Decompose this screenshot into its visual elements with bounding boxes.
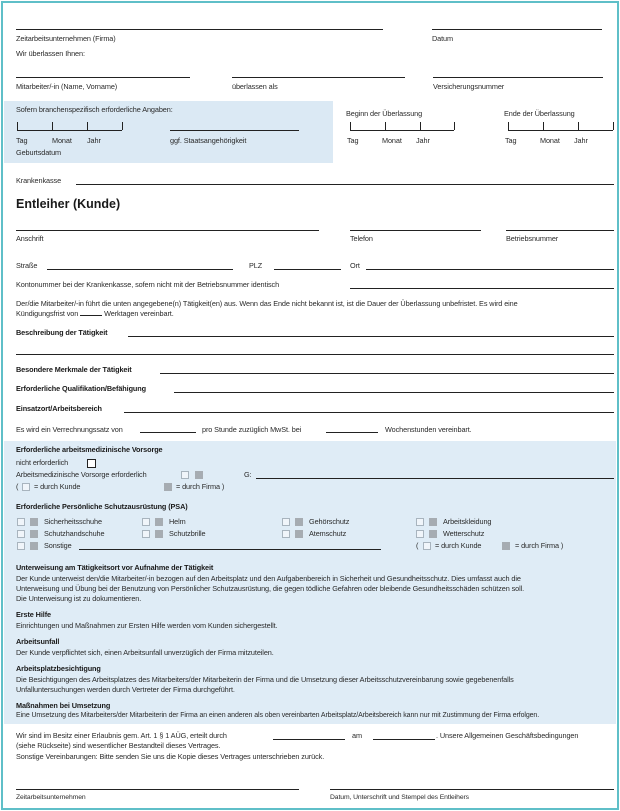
birth-day-label: Tag [16, 136, 27, 145]
inspection-text-1: Die Besichtigungen des Arbeitsplatzes de… [16, 675, 514, 684]
medical-legend-open: ( [16, 482, 18, 491]
start-year-label: Jahr [416, 136, 430, 145]
date-label: Datum [432, 34, 453, 43]
medical-title: Erforderliche arbeitsmedizinische Vorsor… [16, 445, 163, 454]
assigned-as-field[interactable] [232, 77, 405, 78]
inspection-text-2: Unfalluntersuchungen werden durch Vertre… [16, 685, 235, 694]
permit-date-field[interactable] [373, 739, 435, 740]
account-label: Kontonummer bei der Krankenkasse, sofern… [16, 280, 279, 289]
notice-period-field[interactable] [80, 310, 102, 316]
medical-not-required-label: nicht erforderlich [16, 458, 68, 467]
rate-label-c: Wochenstunden vereinbart. [385, 425, 472, 434]
qualification-field[interactable] [174, 392, 614, 393]
transfer-title: Maßnahmen bei Umsetzung [16, 701, 110, 710]
end-label: Ende der Überlassung [504, 109, 575, 118]
permit-text-a: Wir sind im Besitz einer Erlaubnis gem. … [16, 731, 227, 740]
inspection-title: Arbeitsplatzbesichtigung [16, 664, 101, 673]
qualification-label: Erforderliche Qualifikation/Befähigung [16, 384, 146, 393]
psa-legend-company: = durch Firma ) [515, 541, 563, 550]
start-label: Beginn der Überlassung [346, 109, 422, 118]
instruction-text-2: Unterweisung und Übung bei der Benutzung… [16, 584, 524, 593]
legend-customer-swatch [22, 483, 30, 491]
company-label: Zeitarbeitsunternehmen (Firma) [16, 34, 116, 43]
insurance-number-label: Versicherungsnummer [433, 82, 504, 91]
start-month-label: Monat [382, 136, 402, 145]
zip-label: PLZ [249, 261, 262, 270]
legend-company-swatch [164, 483, 172, 491]
company-number-field[interactable] [506, 230, 614, 231]
permit-issuer-field[interactable] [273, 739, 345, 740]
medical-required-label: Arbeitsmedizinische Vorsorge erforderlic… [16, 470, 147, 479]
psa-legend-customer: = durch Kunde [435, 541, 481, 550]
borrower-signature-field[interactable] [330, 789, 614, 790]
nationality-field[interactable] [170, 130, 299, 131]
birth-year-label: Jahr [87, 136, 101, 145]
notice-period-label: Kündigungsfrist von [16, 309, 78, 318]
medical-legend-customer: = durch Kunde [34, 482, 80, 491]
description-label: Beschreibung der Tätigkeit [16, 328, 107, 337]
g-label: G: [244, 470, 252, 479]
psa-legend-open: ( [416, 541, 418, 550]
accident-text: Der Kunde verpflichtet sich, einen Arbei… [16, 648, 274, 657]
notice-period-unit: Werktagen vereinbart. [104, 309, 174, 318]
psa-legend-customer-swatch [423, 542, 431, 550]
g-field[interactable] [256, 478, 614, 479]
description-field[interactable] [128, 336, 614, 337]
activity-intro-line2: Kündigungsfrist von Werktagen vereinbart… [16, 309, 174, 318]
rate-label-b: pro Stunde zuzüglich MwSt. bei [202, 425, 301, 434]
medical-not-required-checkbox[interactable] [87, 459, 96, 468]
company-signature-label: Zeitarbeitsunternehmen [16, 794, 86, 801]
rate-label-a: Es wird ein Verrechnungssatz von [16, 425, 123, 434]
intro-text: Wir überlassen Ihnen: [16, 49, 85, 58]
industry-title: Sofern branchenspezifisch erforderliche … [16, 105, 173, 114]
nationality-label: ggf. Staatsangehörigkeit [170, 136, 246, 145]
insurance-number-field[interactable] [433, 77, 603, 78]
psa-other-field[interactable] [79, 549, 381, 550]
transfer-text: Eine Umsetzung des Mitarbeiters/der Mita… [16, 712, 539, 719]
health-insurance-label: Krankenkasse [16, 176, 61, 185]
zip-field[interactable] [274, 269, 341, 270]
borrower-title: Entleiher (Kunde) [16, 197, 120, 211]
first-aid-title: Erste Hilfe [16, 610, 51, 619]
street-label: Straße [16, 261, 37, 270]
medical-company-checkbox[interactable] [195, 471, 203, 479]
location-field[interactable] [124, 412, 614, 413]
permit-text-line2: (siehe Rückseite) sind wesentlicher Best… [16, 741, 220, 750]
medical-customer-checkbox[interactable] [181, 471, 189, 479]
account-field[interactable] [350, 288, 614, 289]
address-field[interactable] [16, 230, 319, 231]
city-label: Ort [350, 261, 360, 270]
employee-field[interactable] [16, 77, 190, 78]
psa-legend-company-swatch [502, 542, 510, 550]
health-insurance-field[interactable] [76, 184, 614, 185]
assigned-as-label: überlassen als [232, 82, 278, 91]
birth-month-label: Monat [52, 136, 72, 145]
rate-field[interactable] [140, 432, 196, 433]
medical-legend-company: = durch Firma ) [176, 482, 224, 491]
psa-title: Erforderliche Persönliche Schutzausrüstu… [16, 502, 188, 511]
weekly-hours-field[interactable] [326, 432, 378, 433]
instruction-title: Unterweisung am Tätigkeitsort vor Aufnah… [16, 563, 213, 572]
features-label: Besondere Merkmale der Tätigkeit [16, 365, 132, 374]
first-aid-text: Einrichtungen und Maßnahmen zur Ersten H… [16, 621, 278, 630]
activity-intro-line1: Der/die Mitarbeiter/-in führt die unten … [16, 299, 518, 308]
accident-title: Arbeitsunfall [16, 637, 59, 646]
address-label: Anschrift [16, 234, 44, 243]
company-number-label: Betriebsnummer [506, 234, 558, 243]
start-day-label: Tag [347, 136, 358, 145]
company-signature-field[interactable] [16, 789, 299, 790]
birthdate-label: Geburtsdatum [16, 148, 61, 157]
location-label: Einsatzort/Arbeitsbereich [16, 404, 102, 413]
permit-text-b: am [352, 731, 362, 740]
permit-text-c: . Unsere Allgemeinen Geschäftsbedingunge… [436, 731, 578, 740]
date-field[interactable] [432, 29, 602, 30]
company-field[interactable] [16, 29, 383, 30]
street-field[interactable] [47, 269, 233, 270]
end-year-label: Jahr [574, 136, 588, 145]
description-field-line2[interactable] [16, 354, 614, 355]
city-field[interactable] [366, 269, 614, 270]
end-month-label: Monat [540, 136, 560, 145]
phone-field[interactable] [350, 230, 481, 231]
instruction-text-1: Der Kunde unterweist den/die Mitarbeiter… [16, 574, 521, 583]
end-day-label: Tag [505, 136, 516, 145]
employee-label: Mitarbeiter/-in (Name, Vorname) [16, 82, 117, 91]
other-agreements: Sonstige Vereinbarungen: Bitte senden Si… [16, 752, 324, 761]
phone-label: Telefon [350, 234, 373, 243]
instruction-text-3: Die Unterweisung ist zu dokumentieren. [16, 594, 141, 603]
borrower-signature-label: Datum, Unterschrift und Stempel des Entl… [330, 794, 469, 801]
features-field[interactable] [160, 373, 614, 374]
